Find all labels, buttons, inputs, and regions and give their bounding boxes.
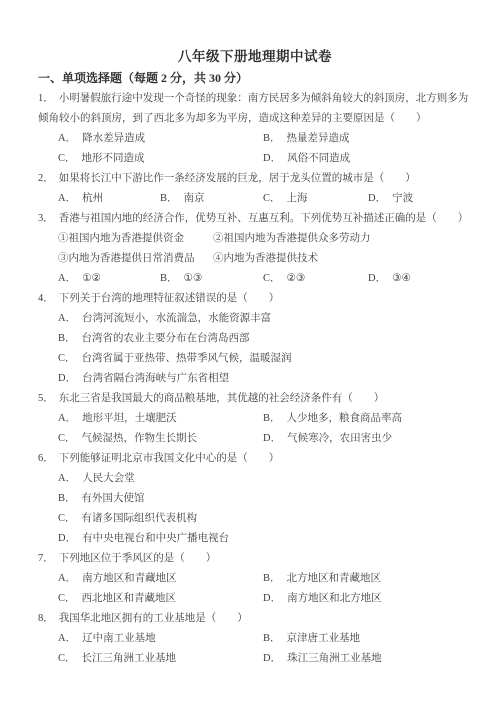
- option-label: D．: [263, 153, 281, 164]
- option-label: A．: [58, 633, 76, 644]
- option: B．北方地区和青藏地区: [263, 569, 472, 589]
- option: B．人少地多，粮食商品率高: [263, 409, 472, 429]
- option-label: D．: [263, 593, 281, 604]
- question-stem: 香港与祖国内地的经济合作，优势互补、互惠互利。下列优势互补描述正确的是（ ）: [59, 213, 469, 224]
- question-number: 3．: [38, 213, 54, 224]
- option-text: 降水差异造成: [82, 133, 145, 144]
- option-label: A．: [58, 273, 76, 284]
- options-row: A．①②B．①③C．②③D．③④: [38, 269, 472, 289]
- option: B．热量差异造成: [263, 129, 472, 149]
- option: D．南方地区和北方地区: [263, 589, 472, 609]
- option-text: 人少地多，粮食商品率高: [287, 413, 403, 424]
- option: D．珠江三角洲工业基地: [263, 649, 472, 669]
- option: A．①②: [58, 269, 160, 289]
- option-label: C．: [58, 353, 76, 364]
- option-label: B．: [263, 633, 281, 644]
- option-text: 有外国大使馆: [82, 493, 145, 504]
- sub-item: ④内地为香港提供技术: [213, 249, 472, 269]
- options-row: C．气候湿热，作物生长期长D．气候寒冷，农田害虫少: [38, 429, 472, 449]
- option: D．台湾省隔台湾海峡与广东省相望: [58, 369, 472, 389]
- question-number: 2．: [38, 173, 54, 184]
- options-row: A．辽中南工业基地B．京津唐工业基地: [38, 629, 472, 649]
- option-text: 地形平坦，土壤肥沃: [82, 413, 177, 424]
- question: 5．东北三省是我国最大的商品粮基地，其优越的社会经济条件有（ ）A．地形平坦，土…: [38, 389, 472, 449]
- question: 2．如果将长江中下游比作一条经济发展的巨龙，居于龙头位置的城市是（ ）A．杭州B…: [38, 169, 472, 209]
- question-number: 1．: [38, 93, 54, 104]
- question-number: 5．: [38, 393, 54, 404]
- option: B．南京: [160, 189, 263, 209]
- option-text: 宁波: [392, 193, 413, 204]
- option: C．西北地区和青藏地区: [58, 589, 263, 609]
- question: 8．我国华北地区拥有的工业基地是（ ）A．辽中南工业基地B．京津唐工业基地C．长…: [38, 609, 472, 669]
- subitems-row: ③内地为香港提供日常消费品④内地为香港提供技术: [38, 249, 472, 269]
- option-label: D．: [263, 653, 281, 664]
- option: D．有中央电视台和中央广播电视台: [58, 529, 472, 549]
- options-row: A．杭州B．南京C．上海D．宁波: [38, 189, 472, 209]
- question: 1．小明暑假旅行途中发现一个奇怪的现象：南方民居多为倾斜角较大的斜顶房，北方则多…: [38, 89, 472, 169]
- option: C．有诸多国际组织代表机构: [58, 509, 472, 529]
- question-stem: 如果将长江中下游比作一条经济发展的巨龙，居于龙头位置的城市是（ ）: [59, 173, 416, 184]
- option: B．京津唐工业基地: [263, 629, 472, 649]
- option-text: 南方地区和青藏地区: [82, 573, 177, 584]
- sub-item: ③内地为香港提供日常消费品: [58, 249, 213, 269]
- option-label: B．: [58, 493, 76, 504]
- question-stem-line: 6．下列能够证明北京市我国文化中心的是（ ）: [38, 449, 472, 469]
- option-text: 西北地区和青藏地区: [82, 593, 177, 604]
- exam-title: 八年级下册地理期中试卷: [38, 46, 472, 68]
- option-text: ①②: [82, 273, 101, 284]
- question-list: 1．小明暑假旅行途中发现一个奇怪的现象：南方民居多为倾斜角较大的斜顶房，北方则多…: [38, 89, 472, 669]
- question-stem-line: 1．小明暑假旅行途中发现一个奇怪的现象：南方民居多为倾斜角较大的斜顶房，北方则多…: [38, 89, 472, 129]
- option-label: B．: [263, 133, 281, 144]
- option-text: 人民大会堂: [82, 473, 135, 484]
- option: C．长江三角洲工业基地: [58, 649, 263, 669]
- options-row: C．西北地区和青藏地区D．南方地区和北方地区: [38, 589, 472, 609]
- question: 4．下列关于台湾的地理特征叙述错误的是（ ）A．台湾河流短小，水流湍急，水能资源…: [38, 289, 472, 389]
- question-stem: 下列地区位于季风区的是（ ）: [59, 553, 217, 564]
- options-row: A．降水差异造成B．热量差异造成: [38, 129, 472, 149]
- question: 7．下列地区位于季风区的是（ ）A．南方地区和青藏地区B．北方地区和青藏地区C．…: [38, 549, 472, 609]
- option: C．台湾省属于亚热带、热带季风气候，温暖湿润: [58, 349, 472, 369]
- option-text: 台湾省属于亚热带、热带季风气候，温暖湿润: [82, 353, 292, 364]
- question-stem: 东北三省是我国最大的商品粮基地，其优越的社会经济条件有（ ）: [59, 393, 385, 404]
- option-label: D．: [58, 533, 76, 544]
- option-label: D．: [368, 273, 386, 284]
- option-label: B．: [263, 573, 281, 584]
- option-text: 辽中南工业基地: [82, 633, 156, 644]
- option: A．辽中南工业基地: [58, 629, 263, 649]
- option-text: ①③: [184, 273, 203, 284]
- option-label: A．: [58, 413, 76, 424]
- section-heading: 一、单项选择题（每题 2 分，共 30 分）: [38, 68, 472, 89]
- question-stem-line: 2．如果将长江中下游比作一条经济发展的巨龙，居于龙头位置的城市是（ ）: [38, 169, 472, 189]
- option-text: 京津唐工业基地: [287, 633, 361, 644]
- option: B．台湾省的农业主要分布在台湾岛西部: [58, 329, 472, 349]
- subitems-row: ①祖国内地为香港提供资金②祖国内地为香港提供众多劳动力: [38, 229, 472, 249]
- sub-item: ①祖国内地为香港提供资金: [58, 229, 213, 249]
- option: A．人民大会堂: [58, 469, 472, 489]
- options-list: A．台湾河流短小，水流湍急，水能资源丰富B．台湾省的农业主要分布在台湾岛西部C．…: [38, 309, 472, 389]
- option: D．③④: [368, 269, 472, 289]
- option-text: ②③: [287, 273, 306, 284]
- option-label: A．: [58, 133, 76, 144]
- option: A．台湾河流短小，水流湍急，水能资源丰富: [58, 309, 472, 329]
- option-text: 气候湿热，作物生长期长: [82, 433, 198, 444]
- option: A．地形平坦，土壤肥沃: [58, 409, 263, 429]
- question-stem-line: 7．下列地区位于季风区的是（ ）: [38, 549, 472, 569]
- question: 3．香港与祖国内地的经济合作，优势互补、互惠互利。下列优势互补描述正确的是（ ）…: [38, 209, 472, 289]
- option-label: A．: [58, 573, 76, 584]
- option-text: 热量差异造成: [287, 133, 350, 144]
- question-number: 6．: [38, 453, 54, 464]
- option-text: 有诸多国际组织代表机构: [82, 513, 198, 524]
- option-label: B．: [58, 333, 76, 344]
- option-label: D．: [368, 193, 386, 204]
- question-stem: 小明暑假旅行途中发现一个奇怪的现象：南方民居多为倾斜角较大的斜顶房，北方则多为倾…: [38, 93, 468, 124]
- option-text: 北方地区和青藏地区: [287, 573, 382, 584]
- option-text: 长江三角洲工业基地: [82, 653, 177, 664]
- question-stem-line: 3．香港与祖国内地的经济合作，优势互补、互惠互利。下列优势互补描述正确的是（ ）: [38, 209, 472, 229]
- option-text: 有中央电视台和中央广播电视台: [82, 533, 229, 544]
- option-text: ③④: [392, 273, 411, 284]
- option-label: D．: [58, 373, 76, 384]
- option-label: A．: [58, 193, 76, 204]
- option-text: 珠江三角洲工业基地: [287, 653, 382, 664]
- option-text: 台湾省的农业主要分布在台湾岛西部: [82, 333, 250, 344]
- option: A．南方地区和青藏地区: [58, 569, 263, 589]
- question-stem-line: 8．我国华北地区拥有的工业基地是（ ）: [38, 609, 472, 629]
- option-label: C．: [58, 593, 76, 604]
- option-text: 台湾河流短小，水流湍急，水能资源丰富: [82, 313, 271, 324]
- option-label: C．: [58, 153, 76, 164]
- option-label: B．: [263, 413, 281, 424]
- option: C．②③: [263, 269, 368, 289]
- option-label: A．: [58, 313, 76, 324]
- options-row: C．长江三角洲工业基地D．珠江三角洲工业基地: [38, 649, 472, 669]
- option: A．杭州: [58, 189, 160, 209]
- option: C．地形不同造成: [58, 149, 263, 169]
- option-text: 南京: [184, 193, 205, 204]
- option-text: 杭州: [82, 193, 103, 204]
- question: 6．下列能够证明北京市我国文化中心的是（ ）A．人民大会堂B．有外国大使馆C．有…: [38, 449, 472, 549]
- option-label: C．: [58, 653, 76, 664]
- options-list: A．人民大会堂B．有外国大使馆C．有诸多国际组织代表机构D．有中央电视台和中央广…: [38, 469, 472, 549]
- option: D．风俗不同造成: [263, 149, 472, 169]
- option-text: 地形不同造成: [82, 153, 145, 164]
- question-stem: 下列能够证明北京市我国文化中心的是（ ）: [59, 453, 280, 464]
- option-text: 台湾省隔台湾海峡与广东省相望: [82, 373, 229, 384]
- option-label: C．: [263, 273, 281, 284]
- option-text: 气候寒冷，农田害虫少: [287, 433, 392, 444]
- sub-item: ②祖国内地为香港提供众多劳动力: [213, 229, 472, 249]
- option: C．气候湿热，作物生长期长: [58, 429, 263, 449]
- option-text: 南方地区和北方地区: [287, 593, 382, 604]
- options-row: C．地形不同造成D．风俗不同造成: [38, 149, 472, 169]
- option: C．上海: [263, 189, 368, 209]
- question-number: 4．: [38, 293, 54, 304]
- option-text: 上海: [287, 193, 308, 204]
- question-number: 7．: [38, 553, 54, 564]
- option: D．宁波: [368, 189, 472, 209]
- option-label: C．: [263, 193, 281, 204]
- option: B．有外国大使馆: [58, 489, 472, 509]
- option-text: 风俗不同造成: [287, 153, 350, 164]
- option: A．降水差异造成: [58, 129, 263, 149]
- option-label: C．: [58, 513, 76, 524]
- question-number: 8．: [38, 613, 54, 624]
- option-label: B．: [160, 273, 178, 284]
- option-label: B．: [160, 193, 178, 204]
- question-stem-line: 4．下列关于台湾的地理特征叙述错误的是（ ）: [38, 289, 472, 309]
- question-stem: 我国华北地区拥有的工业基地是（ ）: [59, 613, 248, 624]
- option-label: A．: [58, 473, 76, 484]
- question-stem-line: 5．东北三省是我国最大的商品粮基地，其优越的社会经济条件有（ ）: [38, 389, 472, 409]
- question-stem: 下列关于台湾的地理特征叙述错误的是（ ）: [59, 293, 280, 304]
- exam-page: 八年级下册地理期中试卷 一、单项选择题（每题 2 分，共 30 分） 1．小明暑…: [0, 0, 500, 708]
- option-label: D．: [263, 433, 281, 444]
- options-row: A．南方地区和青藏地区B．北方地区和青藏地区: [38, 569, 472, 589]
- option-label: C．: [58, 433, 76, 444]
- option: B．①③: [160, 269, 263, 289]
- option: D．气候寒冷，农田害虫少: [263, 429, 472, 449]
- options-row: A．地形平坦，土壤肥沃B．人少地多，粮食商品率高: [38, 409, 472, 429]
